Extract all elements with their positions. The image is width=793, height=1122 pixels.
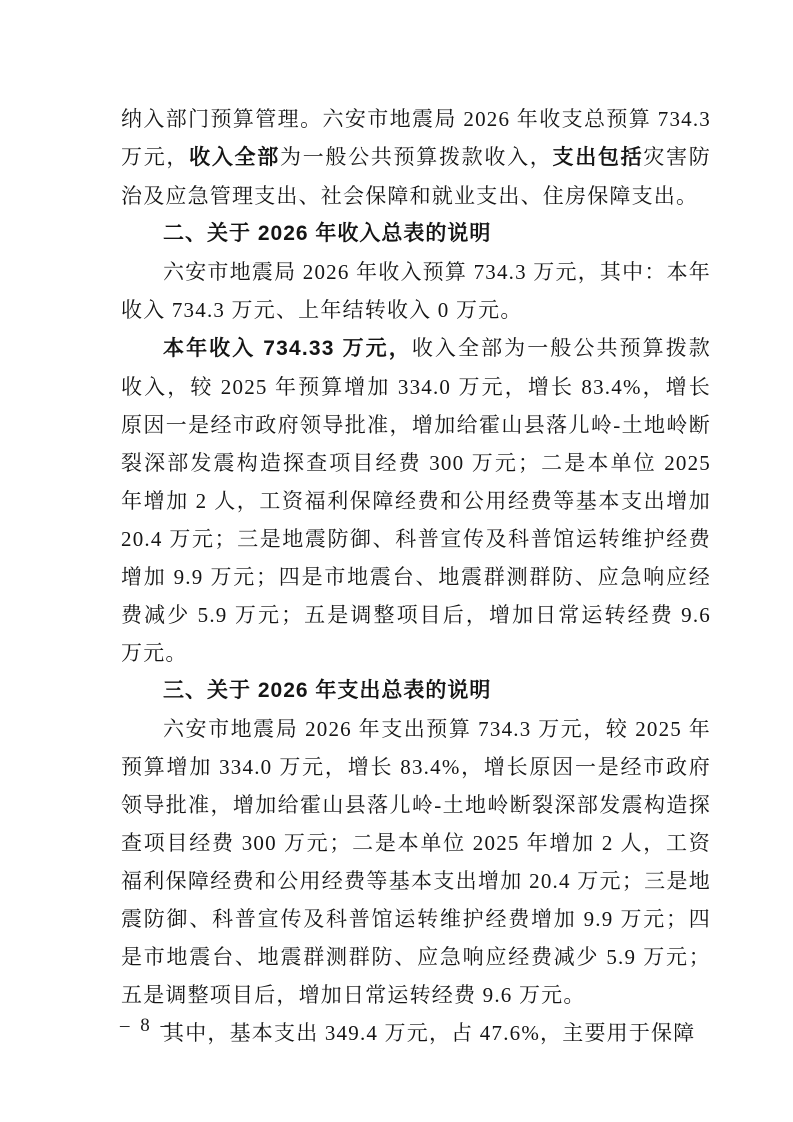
text-run: 为一般公共预算拨款收入， [280, 145, 553, 169]
paragraph-expense-detail: 六安市地震局 2026 年支出预算 734.3 万元，较 2025 年预算增加 … [121, 710, 711, 1014]
paragraph-income-detail: 本年收入 734.33 万元，收入全部为一般公共预算拨款收入，较 2025 年预… [121, 329, 711, 672]
text-run-bold-current-year-income: 本年收入 734.33 万元， [163, 337, 412, 360]
text-run-bold-income-all: 收入全部 [189, 146, 280, 169]
paragraph-budget-overview: 纳入部门预算管理。六安市地震局 2026 年收支总预算 734.3 万元，收入全… [121, 100, 711, 215]
document-page: 纳入部门预算管理。六安市地震局 2026 年收支总预算 734.3 万元，收入全… [0, 0, 793, 1122]
text-run: 收入全部为一般公共预算拨款收入，较 2025 年预算增加 334.0 万元，增长… [121, 336, 711, 665]
page-number: – 8 – [120, 1013, 173, 1039]
paragraph-income-summary: 六安市地震局 2026 年收入预算 734.3 万元，其中：本年收入 734.3… [121, 253, 711, 329]
section-heading-expense-table: 三、关于 2026 年支出总表的说明 [121, 672, 711, 710]
section-heading-income-table: 二、关于 2026 年收入总表的说明 [121, 215, 711, 253]
page-body: 纳入部门预算管理。六安市地震局 2026 年收支总预算 734.3 万元，收入全… [121, 100, 711, 1052]
paragraph-basic-expense: 其中，基本支出 349.4 万元，占 47.6%，主要用于保障 [121, 1014, 711, 1052]
text-run-bold-expense-includes: 支出包括 [553, 146, 644, 169]
